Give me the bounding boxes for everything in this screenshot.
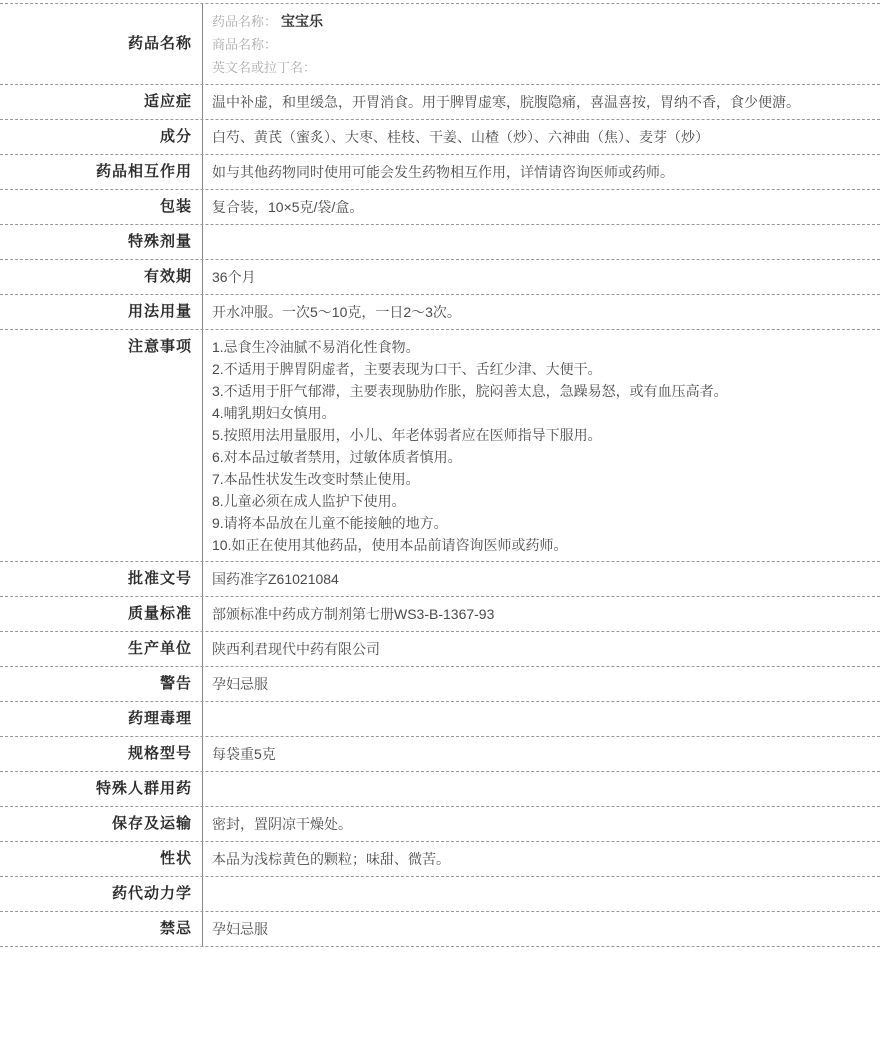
table-row-approval-number: 批准文号国药准字Z61021084 xyxy=(0,562,880,597)
row-content-usage-dosage: 开水冲服。一次5～10克，一日2～3次。 xyxy=(203,295,880,329)
row-label-special-dosage: 特殊剂量 xyxy=(0,225,203,259)
table-row-drug-interactions: 药品相互作用如与其他药物同时使用可能会发生药物相互作用，详情请咨询医师或药师。 xyxy=(0,155,880,190)
row-content-drug-interactions: 如与其他药物同时使用可能会发生药物相互作用，详情请咨询医师或药师。 xyxy=(203,155,880,189)
table-row-pharmacokinetics: 药代动力学 xyxy=(0,877,880,912)
row-label-usage-dosage: 用法用量 xyxy=(0,295,203,329)
row-label-drug-interactions: 药品相互作用 xyxy=(0,155,203,189)
precaution-line: 4.哺乳期妇女慎用。 xyxy=(212,402,868,424)
row-content-special-dosage xyxy=(203,225,880,259)
row-label-ingredients: 成分 xyxy=(0,120,203,154)
table-row-special-populations: 特殊人群用药 xyxy=(0,772,880,807)
row-label-description: 性状 xyxy=(0,842,203,876)
table-row-manufacturer: 生产单位陕西利君现代中药有限公司 xyxy=(0,632,880,667)
precaution-line: 6.对本品过敏者禁用，过敏体质者慎用。 xyxy=(212,446,868,468)
row-content-manufacturer: 陕西利君现代中药有限公司 xyxy=(203,632,880,666)
row-content-indications: 温中补虚，和里缓急，开胃消食。用于脾胃虚寒，脘腹隐痛，喜温喜按，胃纳不香，食少便… xyxy=(203,85,880,119)
row-content-drug-name: 药品名称：宝宝乐商品名称：英文名或拉丁名： xyxy=(203,4,880,84)
name-field-line: 商品名称： xyxy=(212,33,868,56)
row-label-warning: 警告 xyxy=(0,667,203,701)
table-row-precautions: 注意事项1.忌食生冷油腻不易消化性食物。2.不适用于脾胃阴虚者，主要表现为口干、… xyxy=(0,330,880,562)
name-field-value: 宝宝乐 xyxy=(281,13,323,29)
table-row-usage-dosage: 用法用量开水冲服。一次5～10克，一日2～3次。 xyxy=(0,295,880,330)
table-row-storage-transport: 保存及运输密封，置阴凉干燥处。 xyxy=(0,807,880,842)
row-label-quality-standard: 质量标准 xyxy=(0,597,203,631)
table-row-pharmacology-toxicology: 药理毒理 xyxy=(0,702,880,737)
precaution-line: 8.儿童必须在成人监护下使用。 xyxy=(212,490,868,512)
table-row-quality-standard: 质量标准部颁标准中药成方制剂第七册WS3-B-1367-93 xyxy=(0,597,880,632)
name-field-key: 英文名或拉丁名： xyxy=(212,60,316,75)
row-content-storage-transport: 密封，置阴凉干燥处。 xyxy=(203,807,880,841)
table-row-ingredients: 成分白芍、黄芪（蜜炙）、大枣、桂枝、干姜、山楂（炒）、六神曲（焦）、麦芽（炒） xyxy=(0,120,880,155)
row-content-precautions: 1.忌食生冷油腻不易消化性食物。2.不适用于脾胃阴虚者，主要表现为口干、舌红少津… xyxy=(203,330,880,561)
precaution-line: 9.请将本品放在儿童不能接触的地方。 xyxy=(212,512,868,534)
row-label-storage-transport: 保存及运输 xyxy=(0,807,203,841)
drug-info-table: 药品名称药品名称：宝宝乐商品名称：英文名或拉丁名：适应症温中补虚，和里缓急，开胃… xyxy=(0,3,880,947)
row-label-pharmacology-toxicology: 药理毒理 xyxy=(0,702,203,736)
precaution-line: 10.如正在使用其他药品，使用本品前请咨询医师或药师。 xyxy=(212,534,868,556)
name-field-key: 商品名称： xyxy=(212,37,277,52)
table-row-indications: 适应症温中补虚，和里缓急，开胃消食。用于脾胃虚寒，脘腹隐痛，喜温喜按，胃纳不香，… xyxy=(0,85,880,120)
precaution-line: 7.本品性状发生改变时禁止使用。 xyxy=(212,468,868,490)
row-label-precautions: 注意事项 xyxy=(0,330,203,561)
row-content-approval-number: 国药准字Z61021084 xyxy=(203,562,880,596)
row-label-packaging: 包装 xyxy=(0,190,203,224)
row-label-drug-name: 药品名称 xyxy=(0,4,203,84)
row-label-specification: 规格型号 xyxy=(0,737,203,771)
row-content-packaging: 复合装，10×5克/袋/盒。 xyxy=(203,190,880,224)
row-label-pharmacokinetics: 药代动力学 xyxy=(0,877,203,911)
table-row-drug-name: 药品名称药品名称：宝宝乐商品名称：英文名或拉丁名： xyxy=(0,4,880,85)
precaution-line: 2.不适用于脾胃阴虚者，主要表现为口干、舌红少津、大便干。 xyxy=(212,358,868,380)
row-content-description: 本品为浅棕黄色的颗粒；味甜、微苦。 xyxy=(203,842,880,876)
name-field-key: 药品名称： xyxy=(212,14,277,29)
row-label-indications: 适应症 xyxy=(0,85,203,119)
row-label-contraindications: 禁忌 xyxy=(0,912,203,946)
row-label-shelf-life: 有效期 xyxy=(0,260,203,294)
row-content-specification: 每袋重5克 xyxy=(203,737,880,771)
table-row-contraindications: 禁忌孕妇忌服 xyxy=(0,912,880,947)
row-content-pharmacology-toxicology xyxy=(203,702,880,736)
precaution-line: 3.不适用于肝气郁滞，主要表现胁肋作胀，脘闷善太息，急躁易怒，或有血压高者。 xyxy=(212,380,868,402)
table-row-special-dosage: 特殊剂量 xyxy=(0,225,880,260)
row-label-manufacturer: 生产单位 xyxy=(0,632,203,666)
table-row-shelf-life: 有效期36个月 xyxy=(0,260,880,295)
table-row-packaging: 包装复合装，10×5克/袋/盒。 xyxy=(0,190,880,225)
row-label-approval-number: 批准文号 xyxy=(0,562,203,596)
name-field-line: 英文名或拉丁名： xyxy=(212,56,868,79)
precaution-line: 5.按照用法用量服用，小儿、年老体弱者应在医师指导下服用。 xyxy=(212,424,868,446)
row-content-shelf-life: 36个月 xyxy=(203,260,880,294)
precaution-line: 1.忌食生冷油腻不易消化性食物。 xyxy=(212,336,868,358)
row-label-special-populations: 特殊人群用药 xyxy=(0,772,203,806)
row-content-quality-standard: 部颁标准中药成方制剂第七册WS3-B-1367-93 xyxy=(203,597,880,631)
row-content-pharmacokinetics xyxy=(203,877,880,911)
row-content-ingredients: 白芍、黄芪（蜜炙）、大枣、桂枝、干姜、山楂（炒）、六神曲（焦）、麦芽（炒） xyxy=(203,120,880,154)
row-content-warning: 孕妇忌服 xyxy=(203,667,880,701)
row-content-contraindications: 孕妇忌服 xyxy=(203,912,880,946)
table-row-specification: 规格型号每袋重5克 xyxy=(0,737,880,772)
table-row-description: 性状本品为浅棕黄色的颗粒；味甜、微苦。 xyxy=(0,842,880,877)
table-row-warning: 警告孕妇忌服 xyxy=(0,667,880,702)
name-field-line: 药品名称：宝宝乐 xyxy=(212,10,868,33)
row-content-special-populations xyxy=(203,772,880,806)
